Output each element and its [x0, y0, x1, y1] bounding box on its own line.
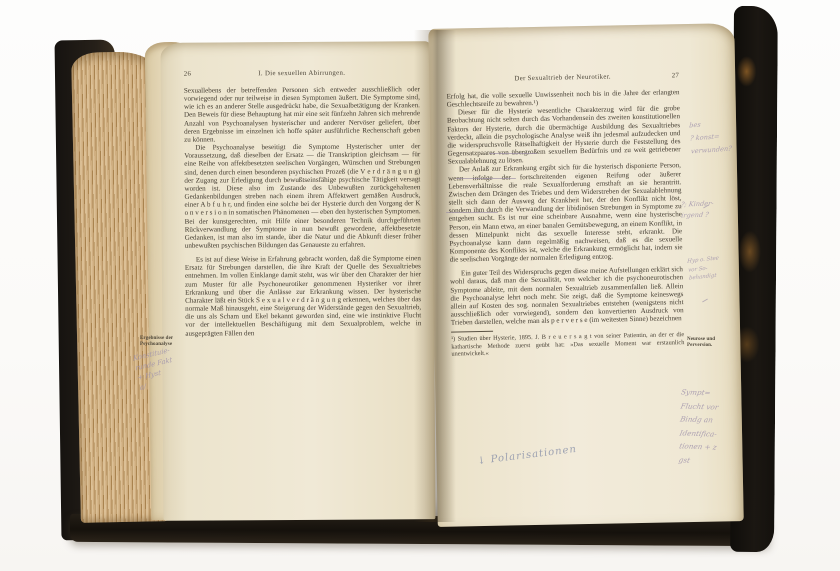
right-page-number: 27	[653, 72, 679, 79]
book-gutter-shadow	[414, 30, 456, 522]
handwritten-note-right-top: bes ? konst= verwunden?	[689, 117, 732, 159]
pencil-underline	[456, 178, 516, 179]
left-page-body: Sexuallebens der betreffenden Personen s…	[184, 85, 422, 337]
book-photo: 26 I. Die sexuellen Abirrungen. Sexualle…	[0, 0, 840, 571]
handwritten-note-right-middle: Hyp o. Stee vor So- behandigt	[687, 254, 721, 283]
paragraph: Ein guter Teil des Widerspruchs gegen di…	[450, 265, 684, 327]
left-page-header: 26 I. Die sexuellen Abirrungen.	[184, 69, 420, 77]
left-page-number: 26	[184, 71, 210, 78]
pencil-underline	[446, 212, 498, 213]
footnote-rule	[451, 331, 493, 333]
paragraph: Es ist auf diese Weise in Erfahrung gebr…	[185, 254, 421, 337]
paragraph: Die Psychoanalyse beseitigt die Symptome…	[184, 142, 421, 249]
left-page: 26 I. Die sexuellen Abirrungen. Sexualle…	[161, 41, 436, 521]
paragraph: Dieser für die Hysterie wesentliche Char…	[447, 104, 681, 166]
pencil-underline	[489, 153, 537, 154]
right-running-header: Der Sexualtrieb der Neurotiker.	[472, 73, 653, 83]
footnote: ¹) Studien über Hysterie, 1895. J. B r e…	[451, 332, 684, 358]
printed-margin-note-right: Neurose und Perversion.	[687, 337, 729, 349]
right-page-body: Erfolg hat, die volle sexuelle Unwissenh…	[446, 88, 683, 327]
right-page-header: Der Sexualtrieb der Neurotiker. 27	[446, 72, 679, 83]
left-running-header: I. Die sexuellen Abirrungen.	[210, 69, 394, 77]
handwritten-note-right-kinder: ?; Kinder- irgend ?	[681, 198, 714, 221]
paragraph: Sexuallebens der betreffenden Personen s…	[184, 85, 420, 144]
handwritten-note-right-bottom: Sympt= Flucht vor Bindg an Identifica- t…	[679, 385, 719, 467]
